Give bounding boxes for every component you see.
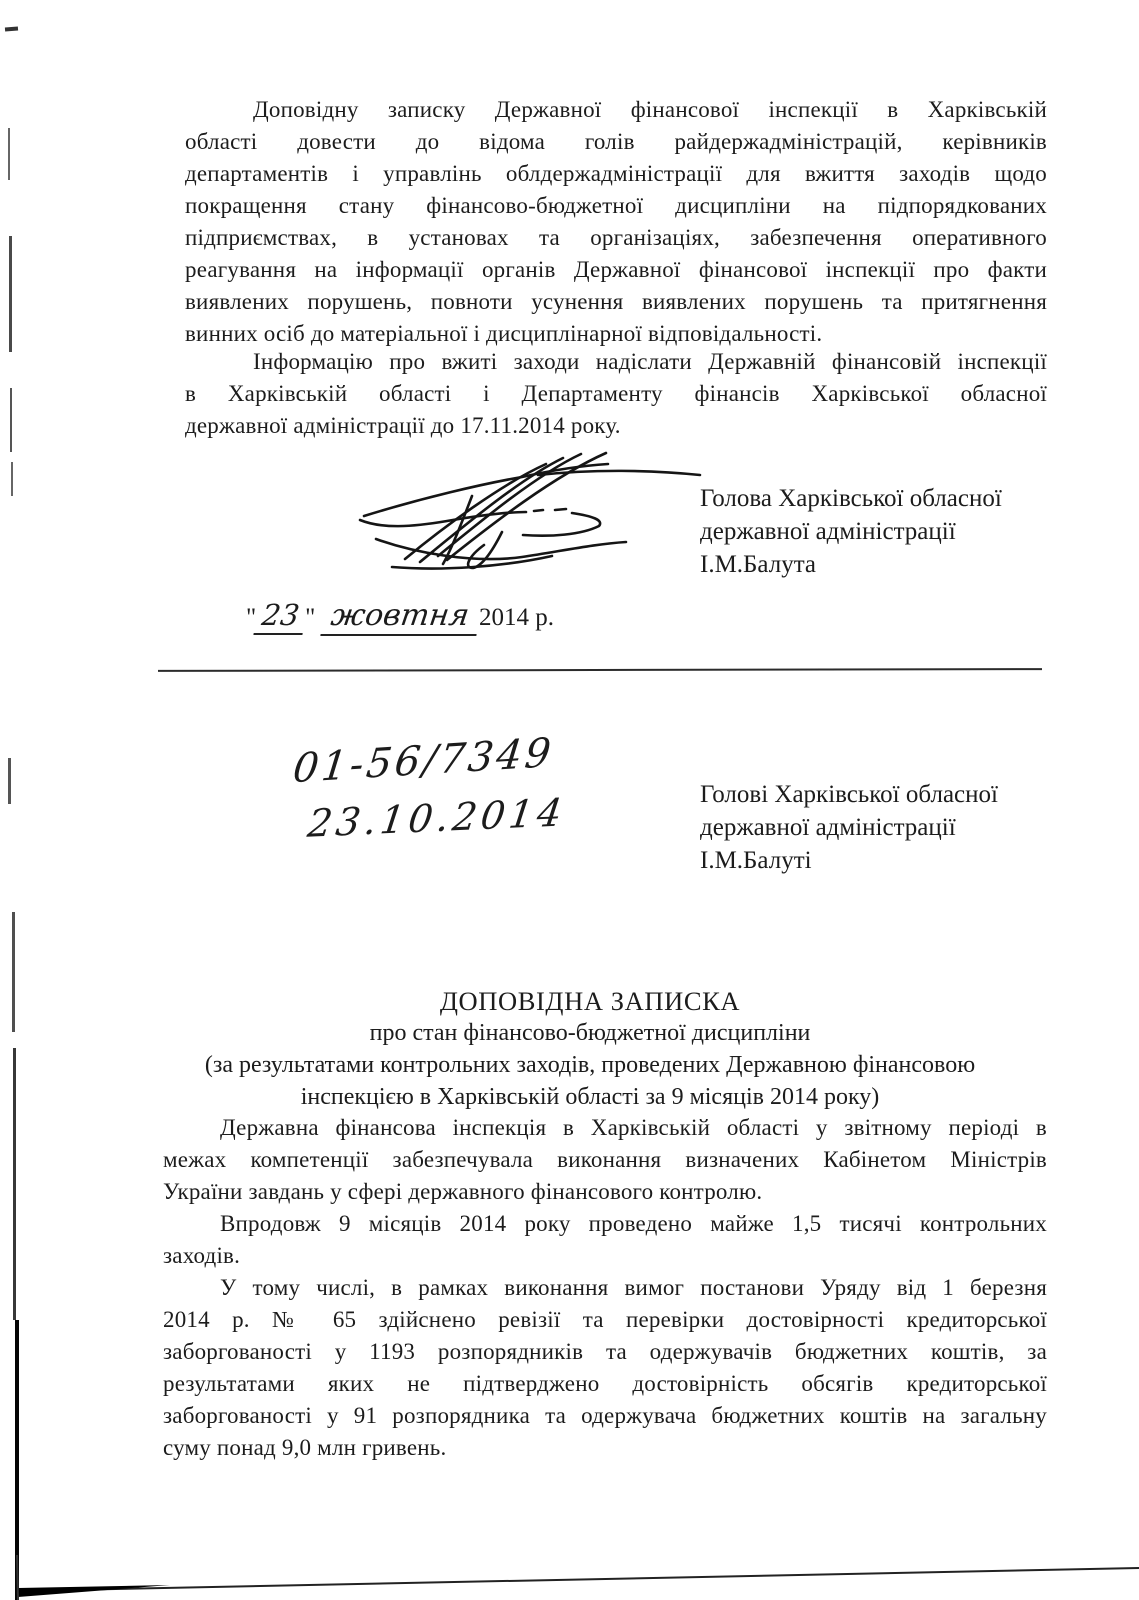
text-line: Державна фінансова інспекція в Харківськ… xyxy=(163,1112,1047,1144)
scan-artifact-dash xyxy=(5,27,18,32)
scanned-document-page: Доповідну записку Державної фінансової і… xyxy=(0,0,1139,1600)
text-line: Доповідну записку Державної фінансової і… xyxy=(185,94,1047,126)
text-line: в Харківській області і Департаменту фін… xyxy=(185,378,1047,410)
body-paragraph-3: У тому числі, в рамках виконання вимог п… xyxy=(163,1272,1047,1464)
handwritten-month: жовтня xyxy=(321,598,482,636)
text-line: підприємствах, в установах та організаці… xyxy=(185,222,1047,254)
divider-line xyxy=(158,668,1042,672)
scan-artifact-line xyxy=(13,1048,16,1320)
handwritten-registration-number: 01-56/7349 xyxy=(291,730,556,792)
text-line: Голова Харківської обласної xyxy=(700,482,1048,515)
date-line: "23"жовтня2014 р. xyxy=(246,598,554,636)
info-paragraph: Інформацію про вжиті заходи надіслати Де… xyxy=(185,346,1047,442)
scan-artifact-line xyxy=(10,388,12,452)
text-line: області довести до відома голів райдержа… xyxy=(185,126,1047,158)
text-line: департаментів і управлінь облдержадмініс… xyxy=(185,158,1047,190)
text-line: (за результатами контрольних заходів, пр… xyxy=(140,1049,1040,1081)
text-line: І.М.Балуті xyxy=(700,844,1048,877)
handwritten-registration-date: 23.10.2014 xyxy=(305,790,568,846)
printed-year: 2014 р. xyxy=(479,604,554,631)
text-line: Голові Харківської обласної xyxy=(700,778,1048,811)
text-line: У тому числі, в рамках виконання вимог п… xyxy=(163,1272,1047,1304)
handwritten-day: 23 xyxy=(254,598,308,635)
scan-artifact-line xyxy=(11,462,13,496)
text-line: ДОПОВІДНА ЗАПИСКА xyxy=(140,985,1040,1017)
scan-artifact-line xyxy=(8,758,11,804)
text-line: заборгованості у 91 розпорядника та одер… xyxy=(163,1400,1047,1432)
text-line: Впродовж 9 місяців 2014 року проведено м… xyxy=(163,1208,1047,1240)
body-paragraph-2: Впродовж 9 місяців 2014 року проведено м… xyxy=(163,1208,1047,1272)
close-quote: " xyxy=(305,604,315,631)
text-line: І.М.Балута xyxy=(700,548,1048,581)
text-line: реагування на інформації органів Державн… xyxy=(185,254,1047,286)
text-line: покращення стану фінансово-бюджетної дис… xyxy=(185,190,1047,222)
addressee-block: Голові Харківської обласноїдержавної адм… xyxy=(700,778,1048,877)
text-line: про стан фінансово-бюджетної дисципліни xyxy=(140,1017,1040,1049)
text-line: межах компетенції забезпечувала виконанн… xyxy=(163,1144,1047,1176)
text-line: інспекцією в Харківській області за 9 мі… xyxy=(140,1081,1040,1113)
text-line: державної адміністрації xyxy=(700,515,1048,548)
scan-artifact-line xyxy=(9,236,12,352)
signature-scribble xyxy=(350,438,705,578)
scan-artifact-line xyxy=(8,128,10,180)
text-line: виявлених порушень, повноти усунення вия… xyxy=(185,286,1047,318)
scan-artifact-bottom-line xyxy=(0,1555,1139,1600)
text-line: суму понад 9,0 млн гривень. xyxy=(163,1432,1047,1464)
text-line: Інформацію про вжиті заходи надіслати Де… xyxy=(185,346,1047,378)
scan-artifact-line xyxy=(12,912,15,1032)
text-line: заходів. xyxy=(163,1240,1047,1272)
intro-paragraph: Доповідну записку Державної фінансової і… xyxy=(185,94,1047,350)
signer-block: Голова Харківської обласноїдержавної адм… xyxy=(700,482,1048,581)
text-line: державної адміністрації xyxy=(700,811,1048,844)
text-line: результатами яких не підтверджено достов… xyxy=(163,1368,1047,1400)
text-line: України завдань у сфері державного фінан… xyxy=(163,1176,1047,1208)
text-line: 2014 р. № 65 здійснено ревізії та переві… xyxy=(163,1304,1047,1336)
body-paragraph-1: Державна фінансова інспекція в Харківськ… xyxy=(163,1112,1047,1208)
report-title: ДОПОВІДНА ЗАПИСКАпро стан фінансово-бюдж… xyxy=(140,985,1040,1113)
text-line: заборгованості у 1193 розпорядників та о… xyxy=(163,1336,1047,1368)
